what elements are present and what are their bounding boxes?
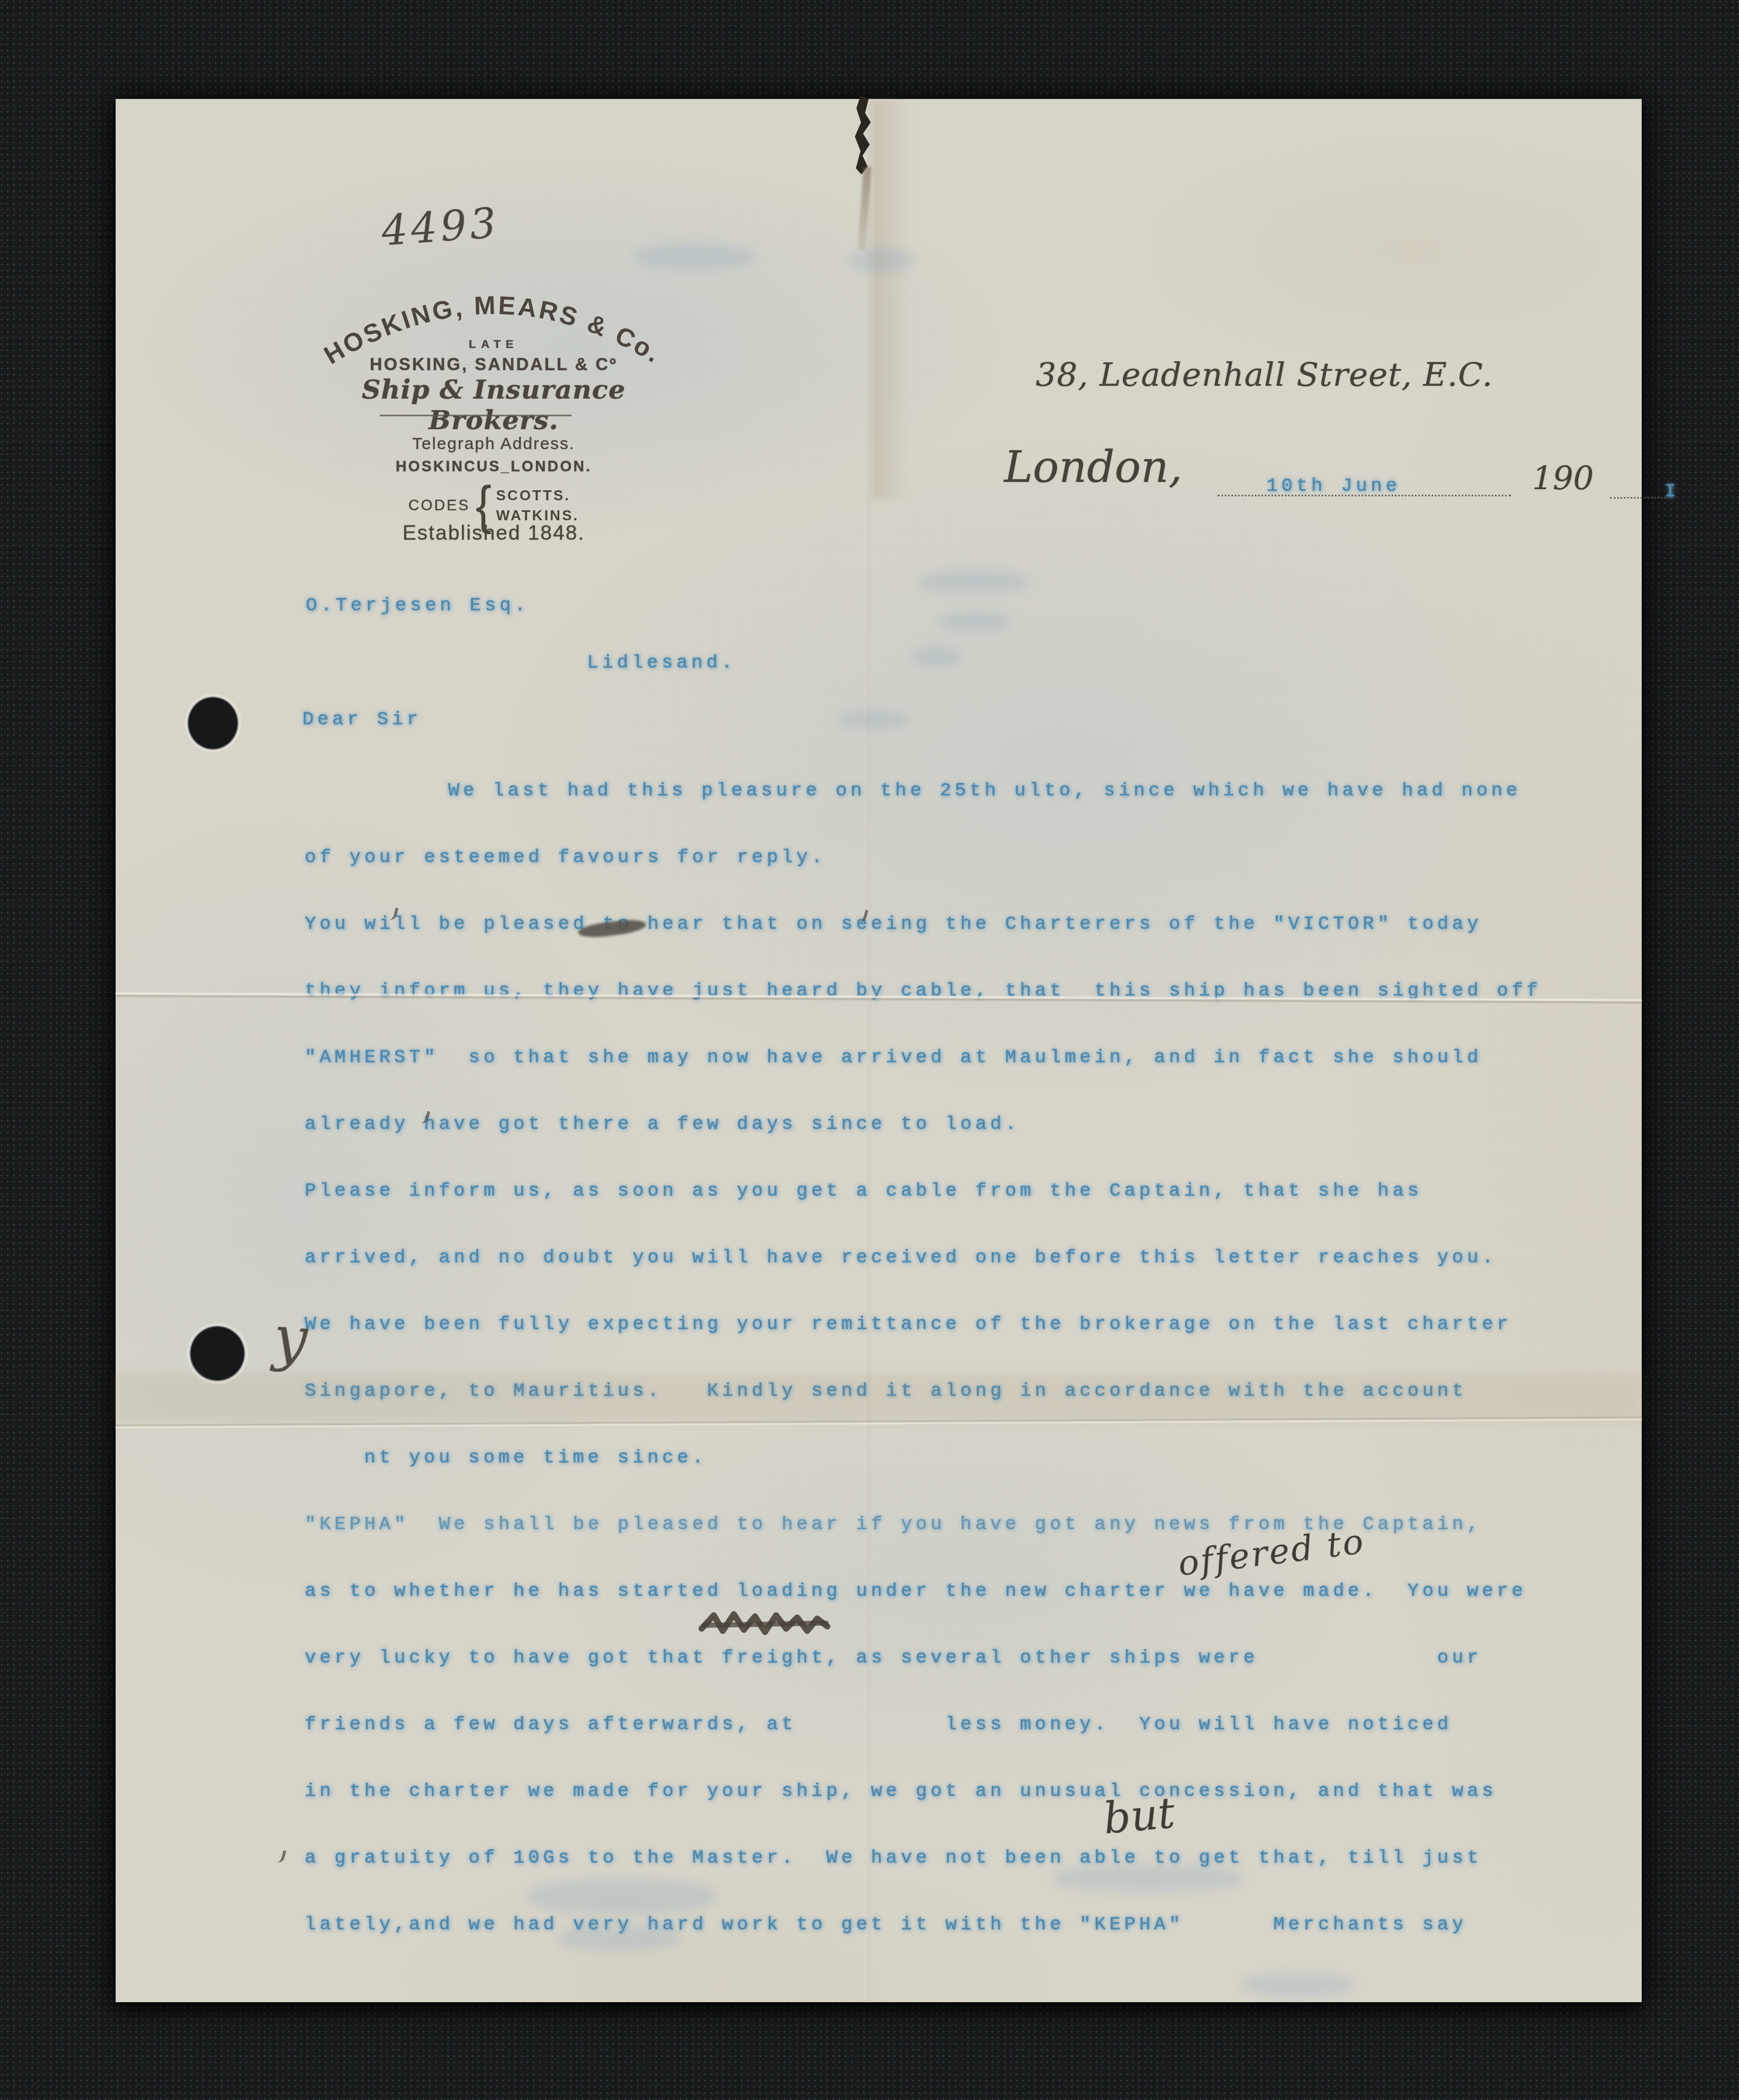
- body-line: nt you some time since.: [305, 1425, 1639, 1491]
- trade-line: Ship & Insurance Brokers.: [316, 375, 672, 436]
- ghost-smudge: [912, 646, 962, 667]
- recipient-name: O.Terjesen Esq.: [306, 595, 529, 616]
- body-line: in the charter we made for your ship, we…: [305, 1758, 1639, 1825]
- codes-label: CODES: [409, 497, 470, 514]
- late-label: LATE: [316, 338, 672, 351]
- ghost-smudge: [848, 249, 915, 271]
- body-line: You will be pleased to hear that on seei…: [305, 891, 1639, 958]
- year-dotted-rule: [1610, 497, 1666, 499]
- body-line: friends a few days afterwards, at less m…: [305, 1691, 1639, 1758]
- body-line: they inform us, they have just heard by …: [305, 958, 1639, 1024]
- ghost-smudge: [837, 710, 909, 729]
- body-line: We last had this pleasure on the 25th ul…: [305, 758, 1639, 824]
- city-script: London,: [1004, 442, 1182, 492]
- typed-date: 10th June: [1266, 476, 1400, 497]
- body-line: arrived, and no doubt you will have rece…: [305, 1225, 1639, 1291]
- ghost-smudge: [1054, 1865, 1243, 1892]
- ghost-smudge: [559, 1926, 681, 1950]
- typed-year-digit: I: [1665, 481, 1680, 502]
- punch-hole-top: [188, 697, 238, 749]
- ghost-smudge: [918, 570, 1030, 594]
- printed-year: 190: [1532, 459, 1594, 497]
- letter-body: We last had this pleasure on the 25th ul…: [305, 758, 1639, 1958]
- ghost-smudge: [938, 611, 1011, 633]
- code-scotts: SCOTTS.: [496, 486, 570, 505]
- street-address: 38, Leadenhall Street, E.C.: [1036, 356, 1493, 394]
- ghost-smudge: [1243, 1973, 1354, 1997]
- vertical-fold-crease: [868, 99, 871, 2002]
- body-line: of your esteemed favours for reply.: [305, 824, 1639, 891]
- previous-company: HOSKING, SANDALL & Cº: [316, 355, 672, 375]
- handwritten-y-correction: y: [272, 1303, 309, 1374]
- archive-number: 4493: [380, 200, 501, 256]
- ink-scribble-strikethrough: [698, 1610, 837, 1643]
- lower-crease-shading: [116, 1373, 1642, 1422]
- punch-hole-bottom: [190, 1326, 245, 1381]
- body-line: Please inform us, as soon as you get a c…: [305, 1158, 1639, 1225]
- body-line: We have been fully expecting your remitt…: [305, 1291, 1639, 1358]
- scan-background: 4493 HOSKING, MEARS & Co. LATE HOSKING, …: [0, 0, 1739, 2100]
- letterhead: HOSKING, MEARS & Co. LATE HOSKING, SANDA…: [316, 282, 672, 555]
- body-line: already have got there a few days since …: [305, 1091, 1639, 1158]
- ghost-smudge: [527, 1879, 716, 1914]
- body-line: lately,and we had very hard work to get …: [305, 1892, 1639, 1958]
- letterhead-rule: [380, 415, 572, 416]
- body-line: "AMHERST" so that she may now have arriv…: [305, 1024, 1639, 1091]
- established-line: Established 1848.: [316, 521, 672, 545]
- body-line: as to whether he has started loading und…: [305, 1558, 1639, 1625]
- crease-shadow-band: [872, 99, 911, 499]
- body-line: very lucky to have got that freight, as …: [305, 1625, 1639, 1691]
- body-line: "KEPHA" We shall be pleased to hear if y…: [305, 1491, 1639, 1558]
- ghost-smudge: [634, 243, 756, 270]
- salutation: Dear Sir: [302, 709, 421, 730]
- handwritten-but: but: [1101, 1788, 1176, 1844]
- body-line: a gratuity of 10Gs to the Master. We hav…: [305, 1825, 1639, 1892]
- telegraph-address-label: Telegraph Address.: [316, 435, 672, 454]
- telegraph-name: HOSKINCUS_LONDON.: [316, 458, 672, 475]
- recipient-place: Lidlesand.: [587, 653, 736, 674]
